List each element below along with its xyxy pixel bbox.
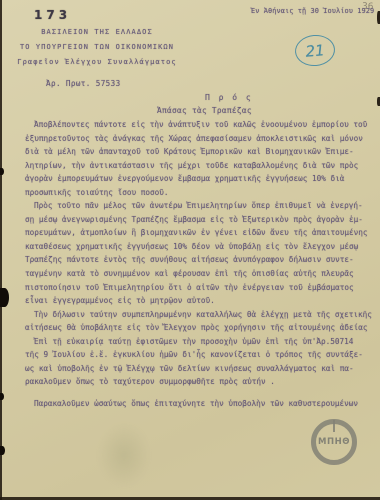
body-line: διὰ τὰ μέλη τῶν ἁπανταχοῦ τοῦ Κράτους Ἐμ… <box>25 145 375 159</box>
letterhead: ΒΑΣΙΛΕΙΟΝ ΤΗΣ ΕΛΛΑΔΟΣ ΤΟ ΥΠΟΥΡΓΕΙΟΝ ΤΩΝ … <box>6 25 188 70</box>
ink-bleed-stain <box>98 423 150 487</box>
body-line: ἀγορὰν ἐμπορευμάτων ἐνεργούμενον ἔμβασμα… <box>25 172 375 186</box>
paper-tear-mark <box>0 168 4 175</box>
circled-number-annotation: 21 <box>294 33 337 67</box>
body-line: Ἐπὶ τῇ εὐκαιρίᾳ ταύτῃ ἐφιστῶμεν τὴν προσ… <box>25 335 375 349</box>
letterhead-ministry: ΤΟ ΥΠΟΥΡΓΕΙΟΝ ΤΩΝ ΟΙΚΟΝΟΜΙΚΩΝ <box>6 40 188 55</box>
circled-number-value: 21 <box>305 41 326 61</box>
body-line: Παρακαλοῦμεν ὡσαύτως ὅπως ἐπιταχύνητε τὴ… <box>25 397 375 411</box>
scanned-document-page: 173 36 Ἐν Ἀθήναις τῇ 30 Ἰουλίου 1929 21 … <box>0 0 380 500</box>
date-line: Ἐν Ἀθήναις τῇ 30 Ἰουλίου 1929 <box>251 7 374 15</box>
archive-watermark-stamp: ΜΠΗΘ <box>311 419 357 465</box>
body-line: τῆς 9 Ἰουλίου ἐ.ἔ. ἐγκυκλίου ἡμῶν δι'ἧς … <box>25 348 375 362</box>
body-line: λητηρίων, τὴν ἀντικατάστασιν τῆς μέχρι τ… <box>25 159 375 173</box>
body-line: Τὴν δήλωσιν ταύτην συμπεπληρωμένην καταλ… <box>25 308 375 322</box>
protocol-number: Ἀρ. Πρωτ. 57533 <box>46 79 121 88</box>
body-line: πορευμάτων, ἀτμοπλοίων ἢ βιομηχανικῶν ἐν… <box>25 226 375 240</box>
paper-tear-mark <box>0 446 5 455</box>
archive-watermark-label: ΜΠΗΘ <box>318 437 350 447</box>
page-number-stamp: 173 <box>34 8 71 22</box>
salutation-recipient: Ἁπάσας τὰς Τραπέζας <box>157 106 252 115</box>
paper-tear-mark <box>0 288 9 307</box>
letterhead-office: Γραφεῖον Ἐλέγχου Συναλλάγματος <box>6 55 188 70</box>
body-line: καταθέσεως χρηματικῆς ἐγγυήσεως 10% δέον… <box>25 240 375 254</box>
body-line: ἐξυπηρετοῦντος τὰς ἀνάγκας τῆς Χώρας ἀπε… <box>25 132 375 146</box>
body-line: ταγμένην κατὰ τὸ συνημμένον καὶ φέρουσαν… <box>25 267 375 281</box>
body-line: ως καὶ ὑποβολῆς ἐν τῷ Ἐλέγχῳ τῶν δελτίων… <box>25 362 375 376</box>
body-line: Τραπέζης πάντοτε ἐντὸς τῆς συνήθους αἰτή… <box>25 253 375 267</box>
body-line: ρακαλοῦμεν ὅπως τὸ ταχύτερον συμμορφωθῆτ… <box>25 375 375 389</box>
scan-left-edge <box>0 0 2 500</box>
body-line: εἶναι ἐγγεγραμμένος εἰς τὸ μητρῷον αὐτοῦ… <box>25 294 375 308</box>
body-line: Πρὸς τοῦτο πᾶν μέλος τῶν ἀνωτέρω Ἐπιμελη… <box>25 199 375 213</box>
body-line: σῃ μέσῳ ἀνεγνωρισμένης Τραπέζης ἔμβασμα … <box>25 213 375 227</box>
body-line: πιστοποίησιν τοῦ Ἐπιμελητηρίου ὅτι ὁ αἰτ… <box>25 281 375 295</box>
body-line: Ἀποβλέποντες πάντοτε εἰς τὴν ἀνάπτυξιν τ… <box>25 118 375 132</box>
paper-tear-mark <box>0 393 4 400</box>
salutation-to-label: Π ρ ό ς <box>205 93 253 102</box>
body-text: Ἀποβλέποντες πάντοτε εἰς τὴν ἀνάπτυξιν τ… <box>25 118 375 410</box>
body-line: προσωπικῆς τοιαύτης ἴσου ποσοῦ. <box>25 186 375 200</box>
letterhead-state: ΒΑΣΙΛΕΙΟΝ ΤΗΣ ΕΛΛΑΔΟΣ <box>6 25 188 40</box>
body-line: αἰτήσεως θὰ ὑποβάλητε εἰς τὸν Ἔλεγχον πρ… <box>25 321 375 335</box>
